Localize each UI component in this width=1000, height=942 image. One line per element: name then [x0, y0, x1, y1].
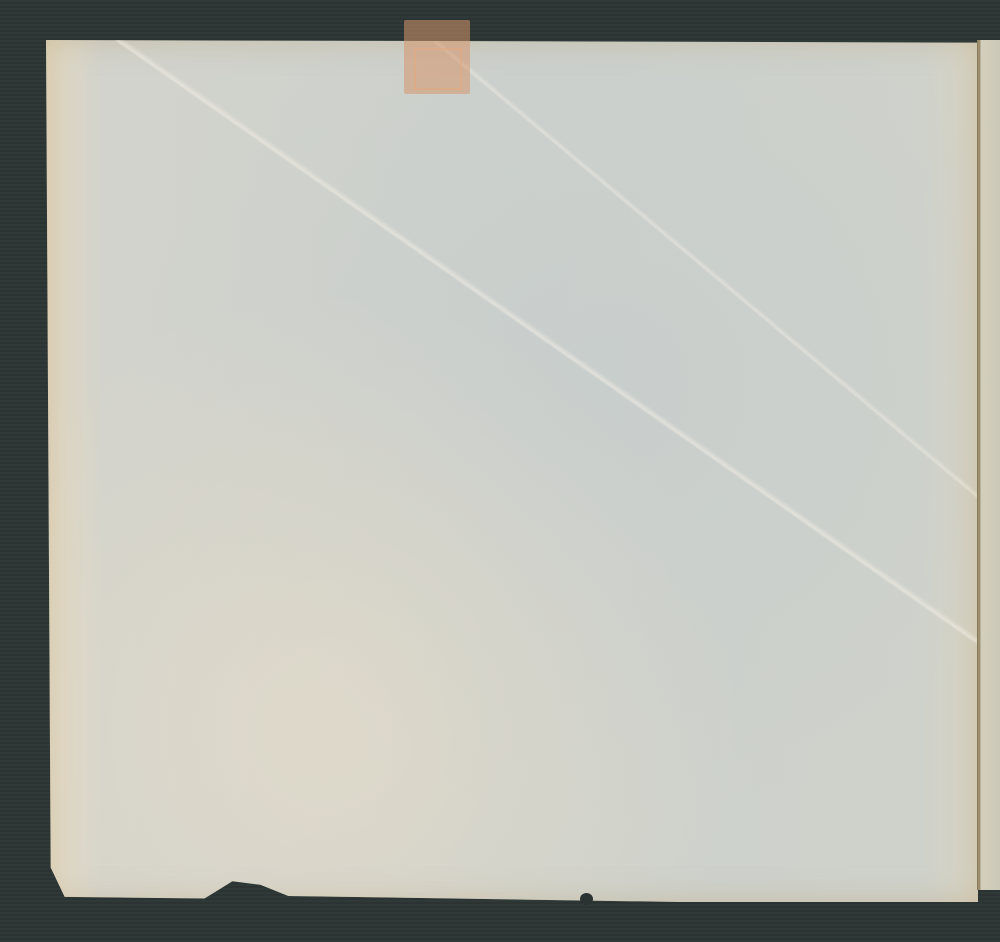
seal-inner-mark — [414, 48, 462, 90]
blank-document-page — [46, 40, 978, 902]
adjacent-page-edge — [978, 40, 1000, 890]
library-seal-stamp — [404, 20, 470, 94]
paper-damage-hole — [580, 893, 593, 905]
